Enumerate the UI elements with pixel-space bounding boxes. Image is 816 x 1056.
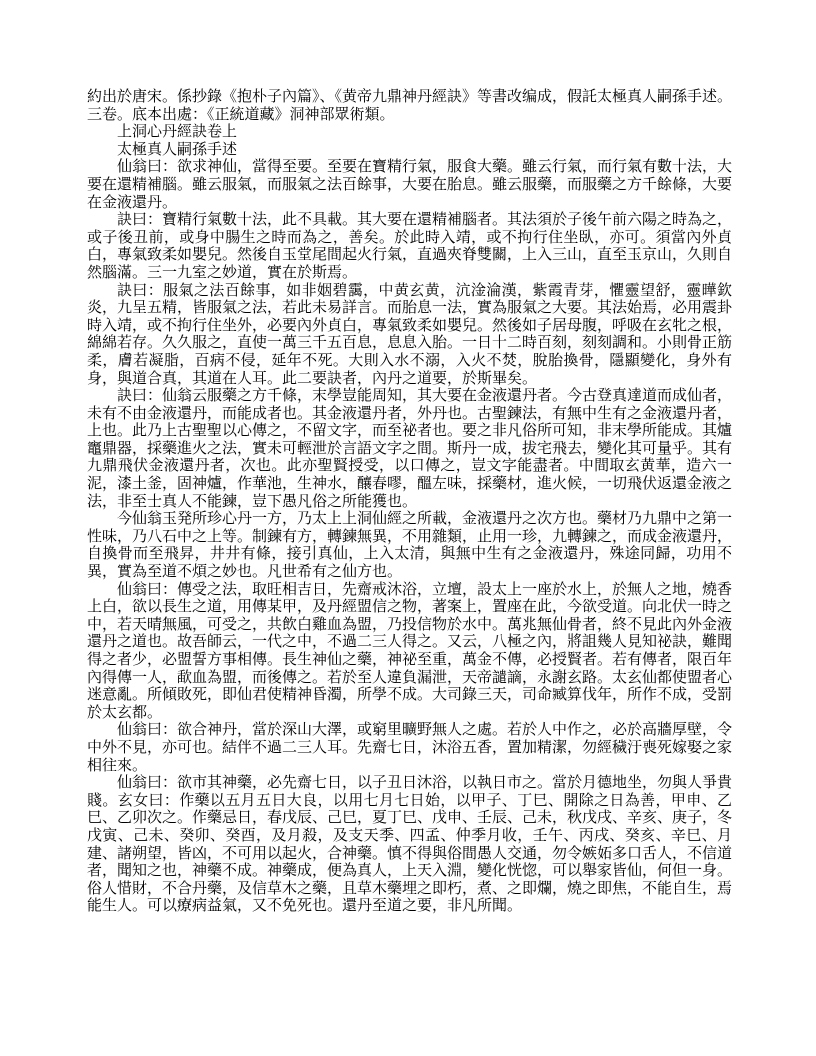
paragraph-xindan-recipe: 今仙翁玉発所珍心丹一方，乃太上上洞仙經之所載，金液還丹之次方也。藥材乃九鼎中之第…	[87, 511, 732, 581]
paragraph-xianweng-essentials: 仙翁曰：欲求神仙，當得至要。至要在寶精行氣，服食大藥。雖云行氣，而行氣有數十法，…	[87, 159, 732, 212]
paragraph-jue-fuqi-taixi: 訣曰：服氣之法百餘事，如非姻碧靄，中黄玄黄，沆淦淪漢，紫霞青芽，懼靈望舒，靈曄欽…	[87, 283, 732, 389]
paragraph-buying-ingredients-days: 仙翁曰：欲市其神藥，必先齋七日，以子丑日沐浴，以執日市之。當於月德地坐，勿與人爭…	[87, 775, 732, 916]
paragraph-jue-jinye-huandan: 訣曰：仙翁云服藥之方千條，末學豈能周知，其大要在金液還丹者。今古登真達道而成仙者…	[87, 388, 732, 511]
paragraph-provenance: 約出於唐宋。係抄錄《抱朴子內篇》、《黄帝九鼎神丹經訣》等書改编成，假託太極真人嗣…	[87, 89, 732, 124]
document-title: 上洞心丹經訣卷上	[87, 124, 732, 142]
document-byline: 太極真人嗣孫手述	[87, 142, 732, 160]
paragraph-transmission-rites: 仙翁曰：傳受之法，取旺相吉日，先齋戒沐浴，立壇，設太上一座於水上，於無人之地，燒…	[87, 582, 732, 723]
document-page: 約出於唐宋。係抄錄《抱朴子內篇》、《黄帝九鼎神丹經訣》等書改编成，假託太極真人嗣…	[0, 0, 816, 1056]
paragraph-jue-baojing-xingqi: 訣曰：寶精行氣數十法，此不具載。其大要在還精補腦者。其法須於子後午前六陽之時為之…	[87, 212, 732, 282]
paragraph-compounding-location: 仙翁曰：欲合神丹，當於深山大澤，或窮里曠野無人之處。若於人中作之，必於高牆厚壁，…	[87, 722, 732, 775]
